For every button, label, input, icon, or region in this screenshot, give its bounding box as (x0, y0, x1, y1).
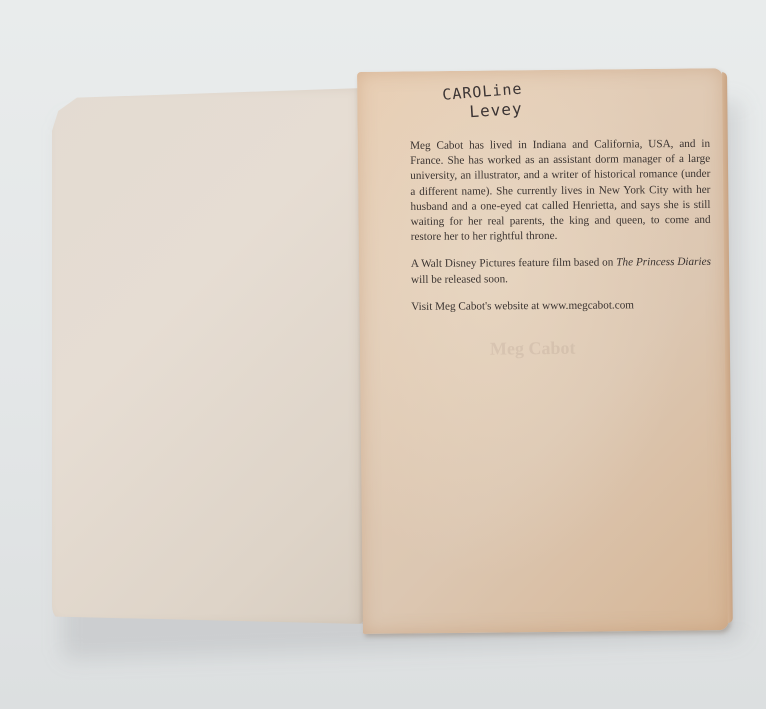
author-bio: Meg Cabot has lived in Indiana and Calif… (410, 137, 711, 246)
show-through-text: Meg Cabot (490, 338, 576, 360)
right-page: CAROLine Levey Meg Cabot has lived in In… (357, 68, 729, 634)
author-bio-block: Meg Cabot has lived in Indiana and Calif… (410, 137, 711, 327)
handwritten-last-name: Levey (469, 99, 523, 121)
website-line: Visit Meg Cabot's website at www.megcabo… (411, 298, 711, 315)
film-note: A Walt Disney Pictures feature film base… (411, 255, 711, 287)
left-page-blank (52, 88, 364, 624)
film-title: The Princess Diaries (616, 256, 711, 269)
